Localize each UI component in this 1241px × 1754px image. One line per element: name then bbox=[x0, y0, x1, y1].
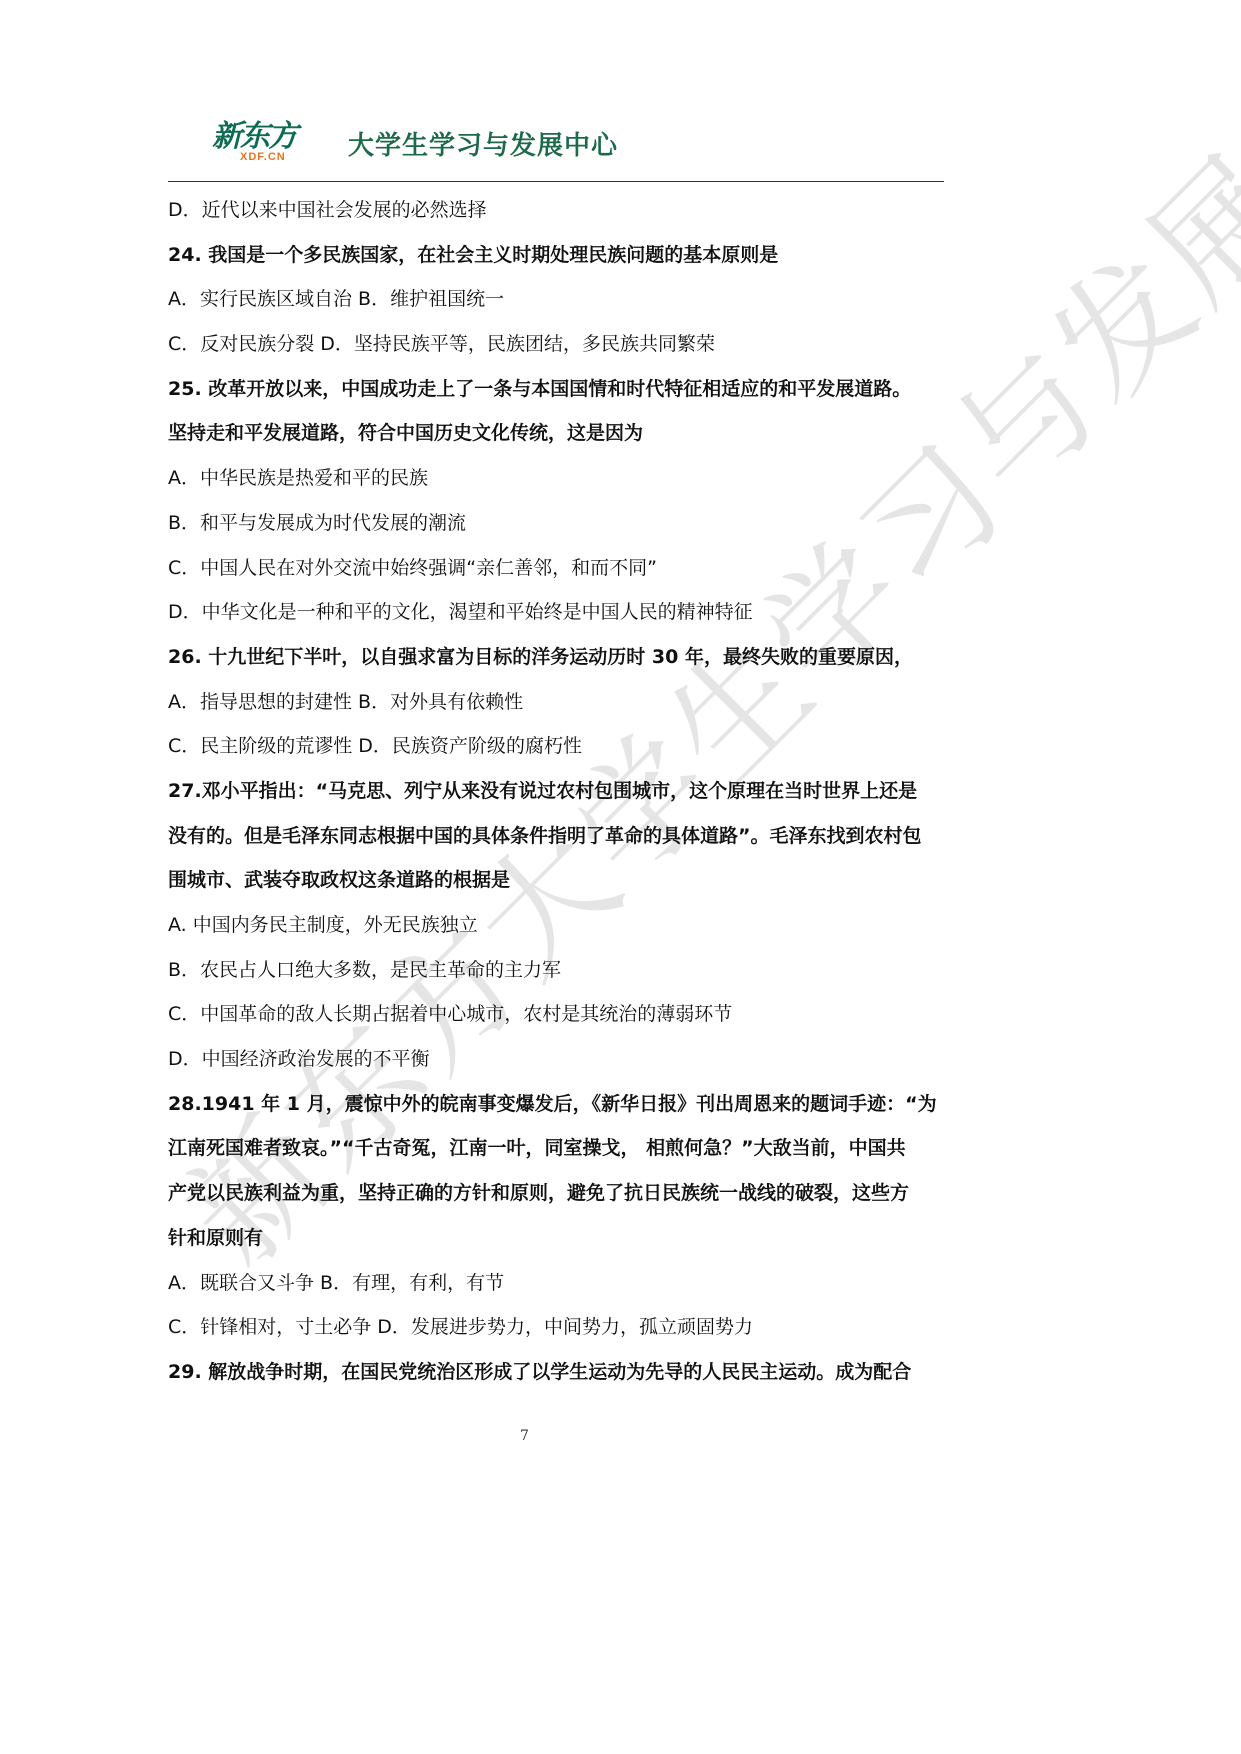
header-title: 大学生学习与发展中心 bbox=[348, 125, 618, 162]
xdf-logo: 新东方 XDF.CN bbox=[210, 119, 322, 167]
logo-cn-text: 新东方 bbox=[212, 119, 296, 155]
option-text-line: A．实行民族区域自治 B．维护祖国统一 bbox=[168, 277, 968, 322]
option-text-line: A．中华民族是热爱和平的民族 bbox=[168, 456, 968, 501]
question-text-line: 28.1941 年 1 月，震惊中外的皖南事变爆发后，《新华日报》刊出周恩来的题… bbox=[168, 1082, 968, 1127]
question-text-line: 25. 改革开放以来，中国成功走上了一条与本国国情和时代特征相适应的和平发展道路… bbox=[168, 367, 968, 412]
option-text-line: C．民主阶级的荒谬性 D．民族资产阶级的腐朽性 bbox=[168, 724, 968, 769]
option-text-line: C．针锋相对，寸土必争 D．发展进步势力，中间势力，孤立顽固势力 bbox=[168, 1305, 968, 1350]
question-text-line: 24. 我国是一个多民族国家，在社会主义时期处理民族问题的基本原则是 bbox=[168, 233, 968, 278]
option-text-line: B．农民占人口绝大多数，是民主革命的主力军 bbox=[168, 948, 968, 993]
question-text-line: 29. 解放战争时期，在国民党统治区形成了以学生运动为先导的人民民主运动。成为配… bbox=[168, 1350, 968, 1395]
option-text-line: A．既联合又斗争 B．有理，有利，有节 bbox=[168, 1261, 968, 1306]
question-text-line: 江南死国难者致哀。”“千古奇冤，江南一叶，同室操戈， 相煎何急？”大敌当前，中国… bbox=[168, 1126, 968, 1171]
option-text-line: C．反对民族分裂 D．坚持民族平等，民族团结，多民族共同繁荣 bbox=[168, 322, 968, 367]
question-text-line: 26. 十九世纪下半叶，以自强求富为目标的洋务运动历时 30 年，最终失败的重要… bbox=[168, 635, 968, 680]
question-text-line: 没有的。但是毛泽东同志根据中国的具体条件指明了革命的具体道路”。毛泽东找到农村包 bbox=[168, 814, 968, 859]
option-text-line: A．指导思想的封建性 B．对外具有依赖性 bbox=[168, 680, 968, 725]
option-text-line: D．中国经济政治发展的不平衡 bbox=[168, 1037, 968, 1082]
header-divider bbox=[168, 181, 944, 182]
question-text-line: 针和原则有 bbox=[168, 1216, 968, 1261]
option-text-line: D．近代以来中国社会发展的必然选择 bbox=[168, 188, 968, 233]
page-number: 7 bbox=[520, 1428, 529, 1444]
question-text-line: 27.邓小平指出：“马克思、列宁从来没有说过农村包围城市，这个原理在当时世界上还… bbox=[168, 769, 968, 814]
question-text-line: 围城市、武装夺取政权这条道路的根据是 bbox=[168, 858, 968, 903]
option-text-line: B．和平与发展成为时代发展的潮流 bbox=[168, 501, 968, 546]
option-text-line: D．中华文化是一种和平的文化，渴望和平始终是中国人民的精神特征 bbox=[168, 590, 968, 635]
option-text-line: C．中国革命的敌人长期占据着中心城市，农村是其统治的薄弱环节 bbox=[168, 992, 968, 1037]
question-text-line: 坚持走和平发展道路，符合中国历史文化传统，这是因为 bbox=[168, 411, 968, 456]
option-text-line: C．中国人民在对外交流中始终强调“亲仁善邻，和而不同” bbox=[168, 546, 968, 591]
document-body: D．近代以来中国社会发展的必然选择24. 我国是一个多民族国家，在社会主义时期处… bbox=[168, 188, 968, 1395]
page-header: 新东方 XDF.CN 大学生学习与发展中心 bbox=[210, 118, 618, 168]
option-text-line: A. 中国内务民主制度，外无民族独立 bbox=[168, 903, 968, 948]
logo-en-text: XDF.CN bbox=[240, 151, 286, 163]
question-text-line: 产党以民族利益为重，坚持正确的方针和原则，避免了抗日民族统一战线的破裂，这些方 bbox=[168, 1171, 968, 1216]
